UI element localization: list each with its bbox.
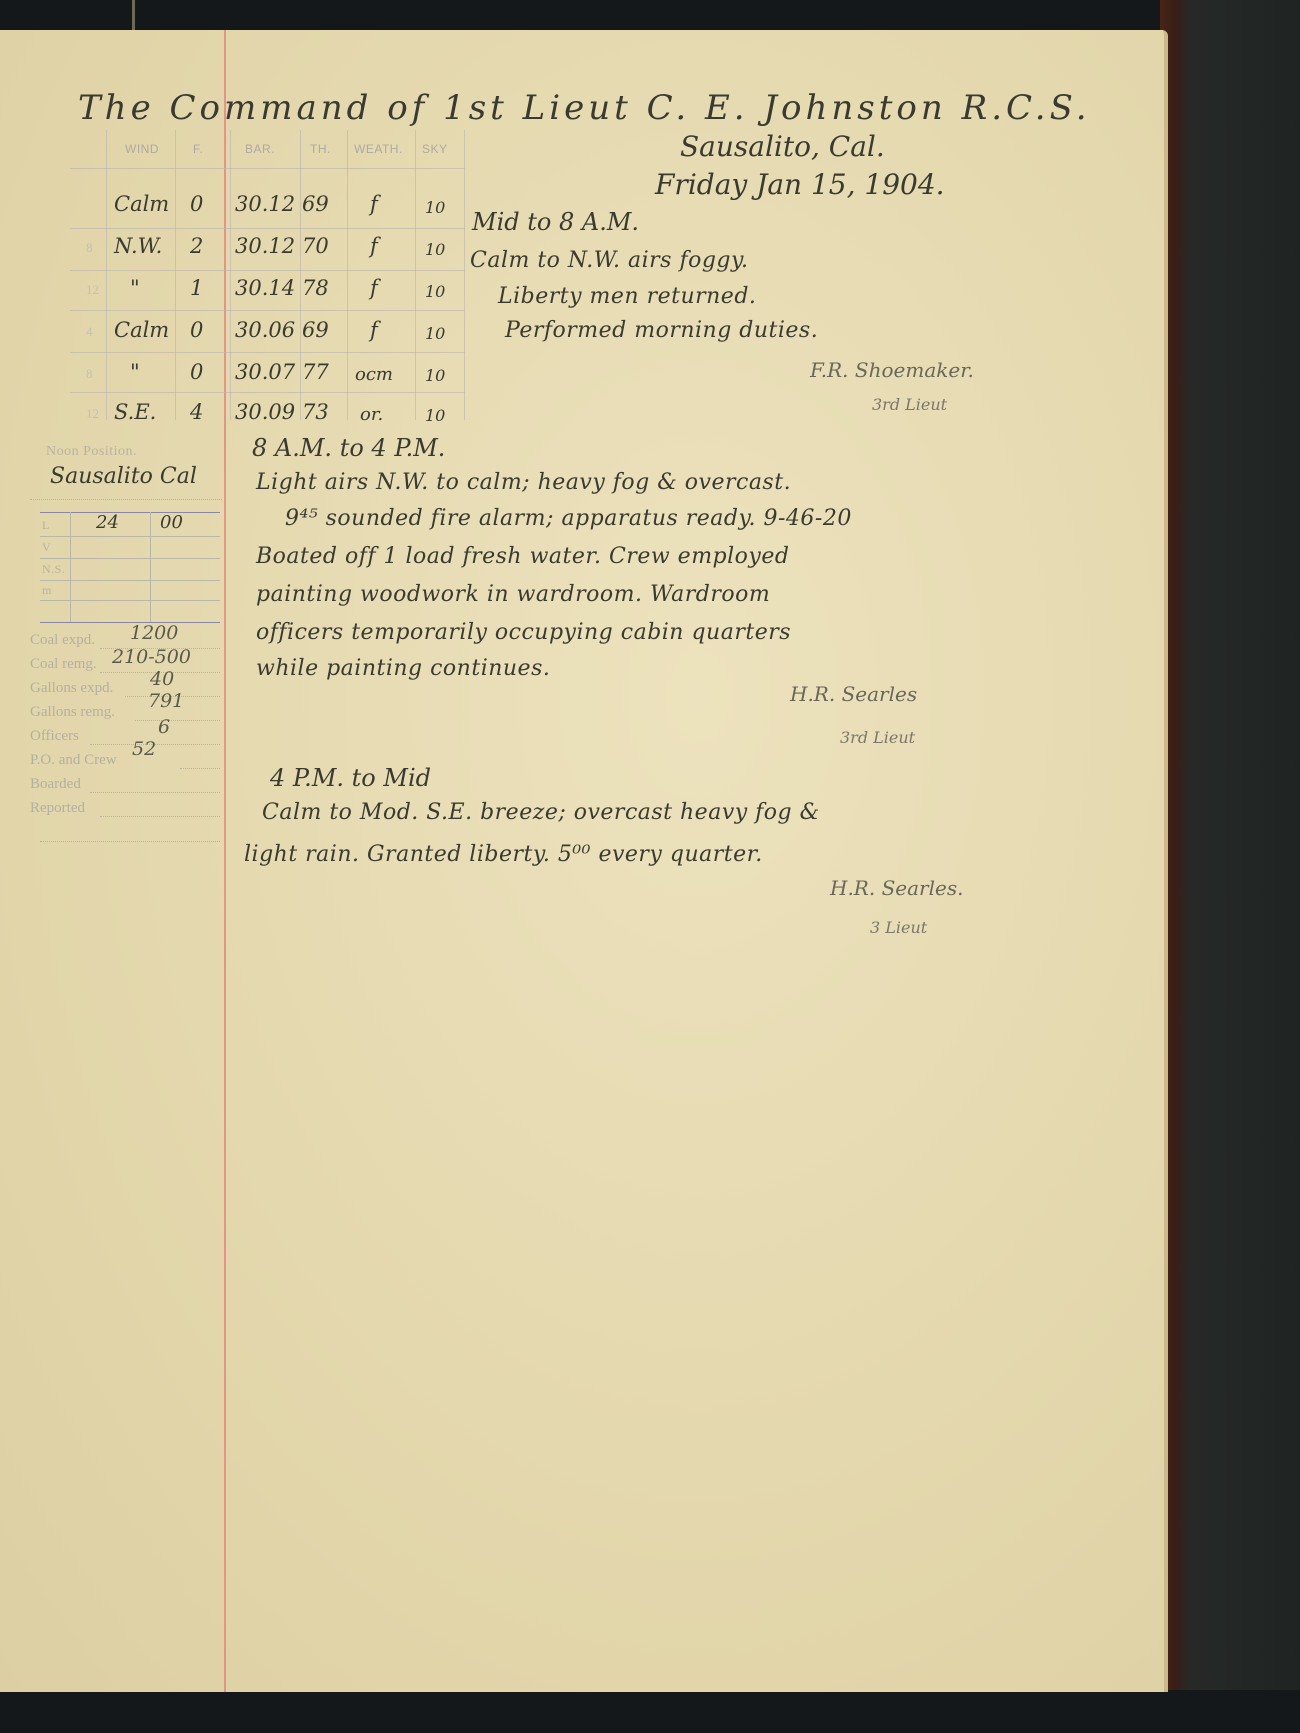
stat-label: Officers	[30, 728, 79, 745]
col-header-weather: WEATH.	[354, 142, 403, 156]
scan-background-top	[0, 0, 1300, 33]
cell-force: 4	[190, 400, 203, 424]
cell-th: 77	[302, 360, 329, 384]
table-row: Calm 0 30.12 69 f 10	[70, 186, 465, 228]
cell-th: 78	[302, 276, 329, 300]
watch-signature: H.R. Searles.	[830, 876, 963, 900]
cell-weather: f	[370, 318, 378, 342]
watch-entry-line: Calm to Mod. S.E. breeze; overcast heavy…	[262, 800, 820, 825]
watch-period: 4 P.M. to Mid	[270, 764, 431, 792]
cell-sky: 10	[425, 282, 445, 301]
cell-sky: 10	[425, 406, 445, 425]
cell-weather: ocm	[355, 364, 393, 385]
watch-period: 8 A.M. to 4 P.M.	[252, 434, 445, 462]
col-header-wind: WIND	[125, 142, 159, 156]
col-header-force: F.	[193, 142, 203, 156]
cell-wind: S.E.	[114, 400, 156, 424]
scan-background-bottom	[0, 1690, 1300, 1733]
cell-sky: 10	[425, 198, 445, 217]
col-header-sky: SKY	[422, 142, 448, 156]
cell-weather: f	[370, 192, 378, 216]
cell-wind: Calm	[114, 318, 169, 342]
cell-wind: "	[130, 276, 140, 300]
cell-wind: Calm	[114, 192, 169, 216]
stat-label: Boarded	[30, 776, 81, 793]
cell-force: 0	[190, 192, 203, 216]
cell-bar: 30.09	[235, 400, 295, 424]
cell-sky: 10	[425, 366, 445, 385]
cell-force: 2	[190, 234, 203, 258]
hour-label: 8	[86, 240, 93, 256]
stat-label: Coal expd.	[30, 632, 95, 649]
cell-weather: f	[370, 276, 378, 300]
watch-signature: H.R. Searles	[790, 682, 917, 706]
watch-signature: F.R. Shoemaker.	[810, 358, 974, 382]
table-row: 8 N.W. 2 30.12 70 f 10	[70, 228, 465, 270]
watch-entry-line: light rain. Granted liberty. 5⁰⁰ every q…	[244, 842, 763, 867]
watch-entry-line: Light airs N.W. to calm; heavy fog & ove…	[256, 470, 791, 495]
cell-bar: 30.07	[235, 360, 295, 384]
grid-label: m	[42, 583, 52, 598]
watch-entry-line: while painting continues.	[256, 656, 550, 681]
hour-label: 12	[86, 406, 99, 422]
stat-label: Reported	[30, 800, 85, 817]
cell-force: 1	[190, 276, 203, 300]
watch-entry-line: Performed morning duties.	[505, 318, 818, 343]
cell-sky: 10	[425, 240, 445, 259]
watch-entry-line: Boated off 1 load fresh water. Crew empl…	[256, 544, 789, 569]
stat-value: 210-500	[112, 646, 191, 668]
watch-entry-line: painting woodwork in wardroom. Wardroom	[256, 582, 770, 607]
watch-period: Mid to 8 A.M.	[472, 208, 639, 236]
table-row: 12 " 1 30.14 78 f 10	[70, 270, 465, 312]
hour-label: 12	[86, 282, 99, 298]
book-cover-edge	[1160, 0, 1300, 1733]
grid-label: N.S.	[42, 562, 65, 577]
cell-force: 0	[190, 318, 203, 342]
location: Sausalito, Cal.	[680, 130, 885, 163]
watch-entry-line: Calm to N.W. airs foggy.	[470, 248, 749, 273]
cell-bar: 30.06	[235, 318, 295, 342]
noon-position-label: Noon Position.	[46, 444, 137, 460]
watch-entry-line: Liberty men returned.	[498, 284, 756, 309]
cell-th: 70	[302, 234, 329, 258]
binding-glint	[132, 0, 135, 30]
cell-bar: 30.14	[235, 276, 295, 300]
hour-label: 4	[86, 324, 93, 340]
col-header-th: TH.	[310, 142, 331, 156]
cell-wind: N.W.	[114, 234, 162, 258]
grid-value: 00	[160, 512, 183, 533]
cell-wind: "	[130, 360, 140, 384]
watch-rank: 3rd Lieut	[872, 395, 947, 414]
grid-label: V	[42, 540, 51, 555]
col-header-bar: BAR.	[245, 142, 275, 156]
table-row: 12 S.E. 4 30.09 73 or. 10	[70, 394, 465, 436]
watch-entry-line: 9⁴⁵ sounded fire alarm; apparatus ready.…	[285, 506, 852, 531]
stat-label: Coal remg.	[30, 656, 97, 673]
stat-value: 6	[158, 716, 170, 738]
cell-th: 69	[302, 318, 329, 342]
stat-value: 52	[132, 738, 156, 760]
watch-entry-line: officers temporarily occupying cabin qua…	[256, 620, 791, 645]
grid-value: 24	[96, 512, 119, 533]
cell-th: 69	[302, 192, 329, 216]
stat-label: Gallons expd.	[30, 680, 113, 697]
watch-rank: 3rd Lieut	[840, 728, 915, 747]
stat-value: 40	[150, 668, 174, 690]
cell-bar: 30.12	[235, 192, 295, 216]
log-date: Friday Jan 15, 1904.	[655, 168, 945, 201]
noon-position-value: Sausalito Cal	[50, 464, 197, 489]
noon-position-block: Noon Position. Sausalito Cal L V N.S. m …	[30, 440, 225, 880]
hour-label: 8	[86, 366, 93, 382]
stat-value: 791	[148, 690, 184, 712]
stat-label: Gallons remg.	[30, 704, 115, 721]
cell-th: 73	[302, 400, 329, 424]
cell-sky: 10	[425, 324, 445, 343]
watch-rank: 3 Lieut	[870, 918, 927, 937]
weather-table: WIND F. BAR. TH. WEATH. SKY Calm 0 30.12…	[70, 130, 465, 420]
cell-weather: or.	[360, 404, 383, 425]
page-heading: The Command of 1st Lieut C. E. Johnston …	[78, 88, 1091, 128]
stat-value: 1200	[130, 622, 178, 644]
table-row: 8 " 0 30.07 77 ocm 10	[70, 354, 465, 396]
table-row: 4 Calm 0 30.06 69 f 10	[70, 312, 465, 354]
stat-label: P.O. and Crew	[30, 752, 117, 769]
cell-weather: f	[370, 234, 378, 258]
cell-force: 0	[190, 360, 203, 384]
cell-bar: 30.12	[235, 234, 295, 258]
grid-label: L	[42, 518, 50, 533]
